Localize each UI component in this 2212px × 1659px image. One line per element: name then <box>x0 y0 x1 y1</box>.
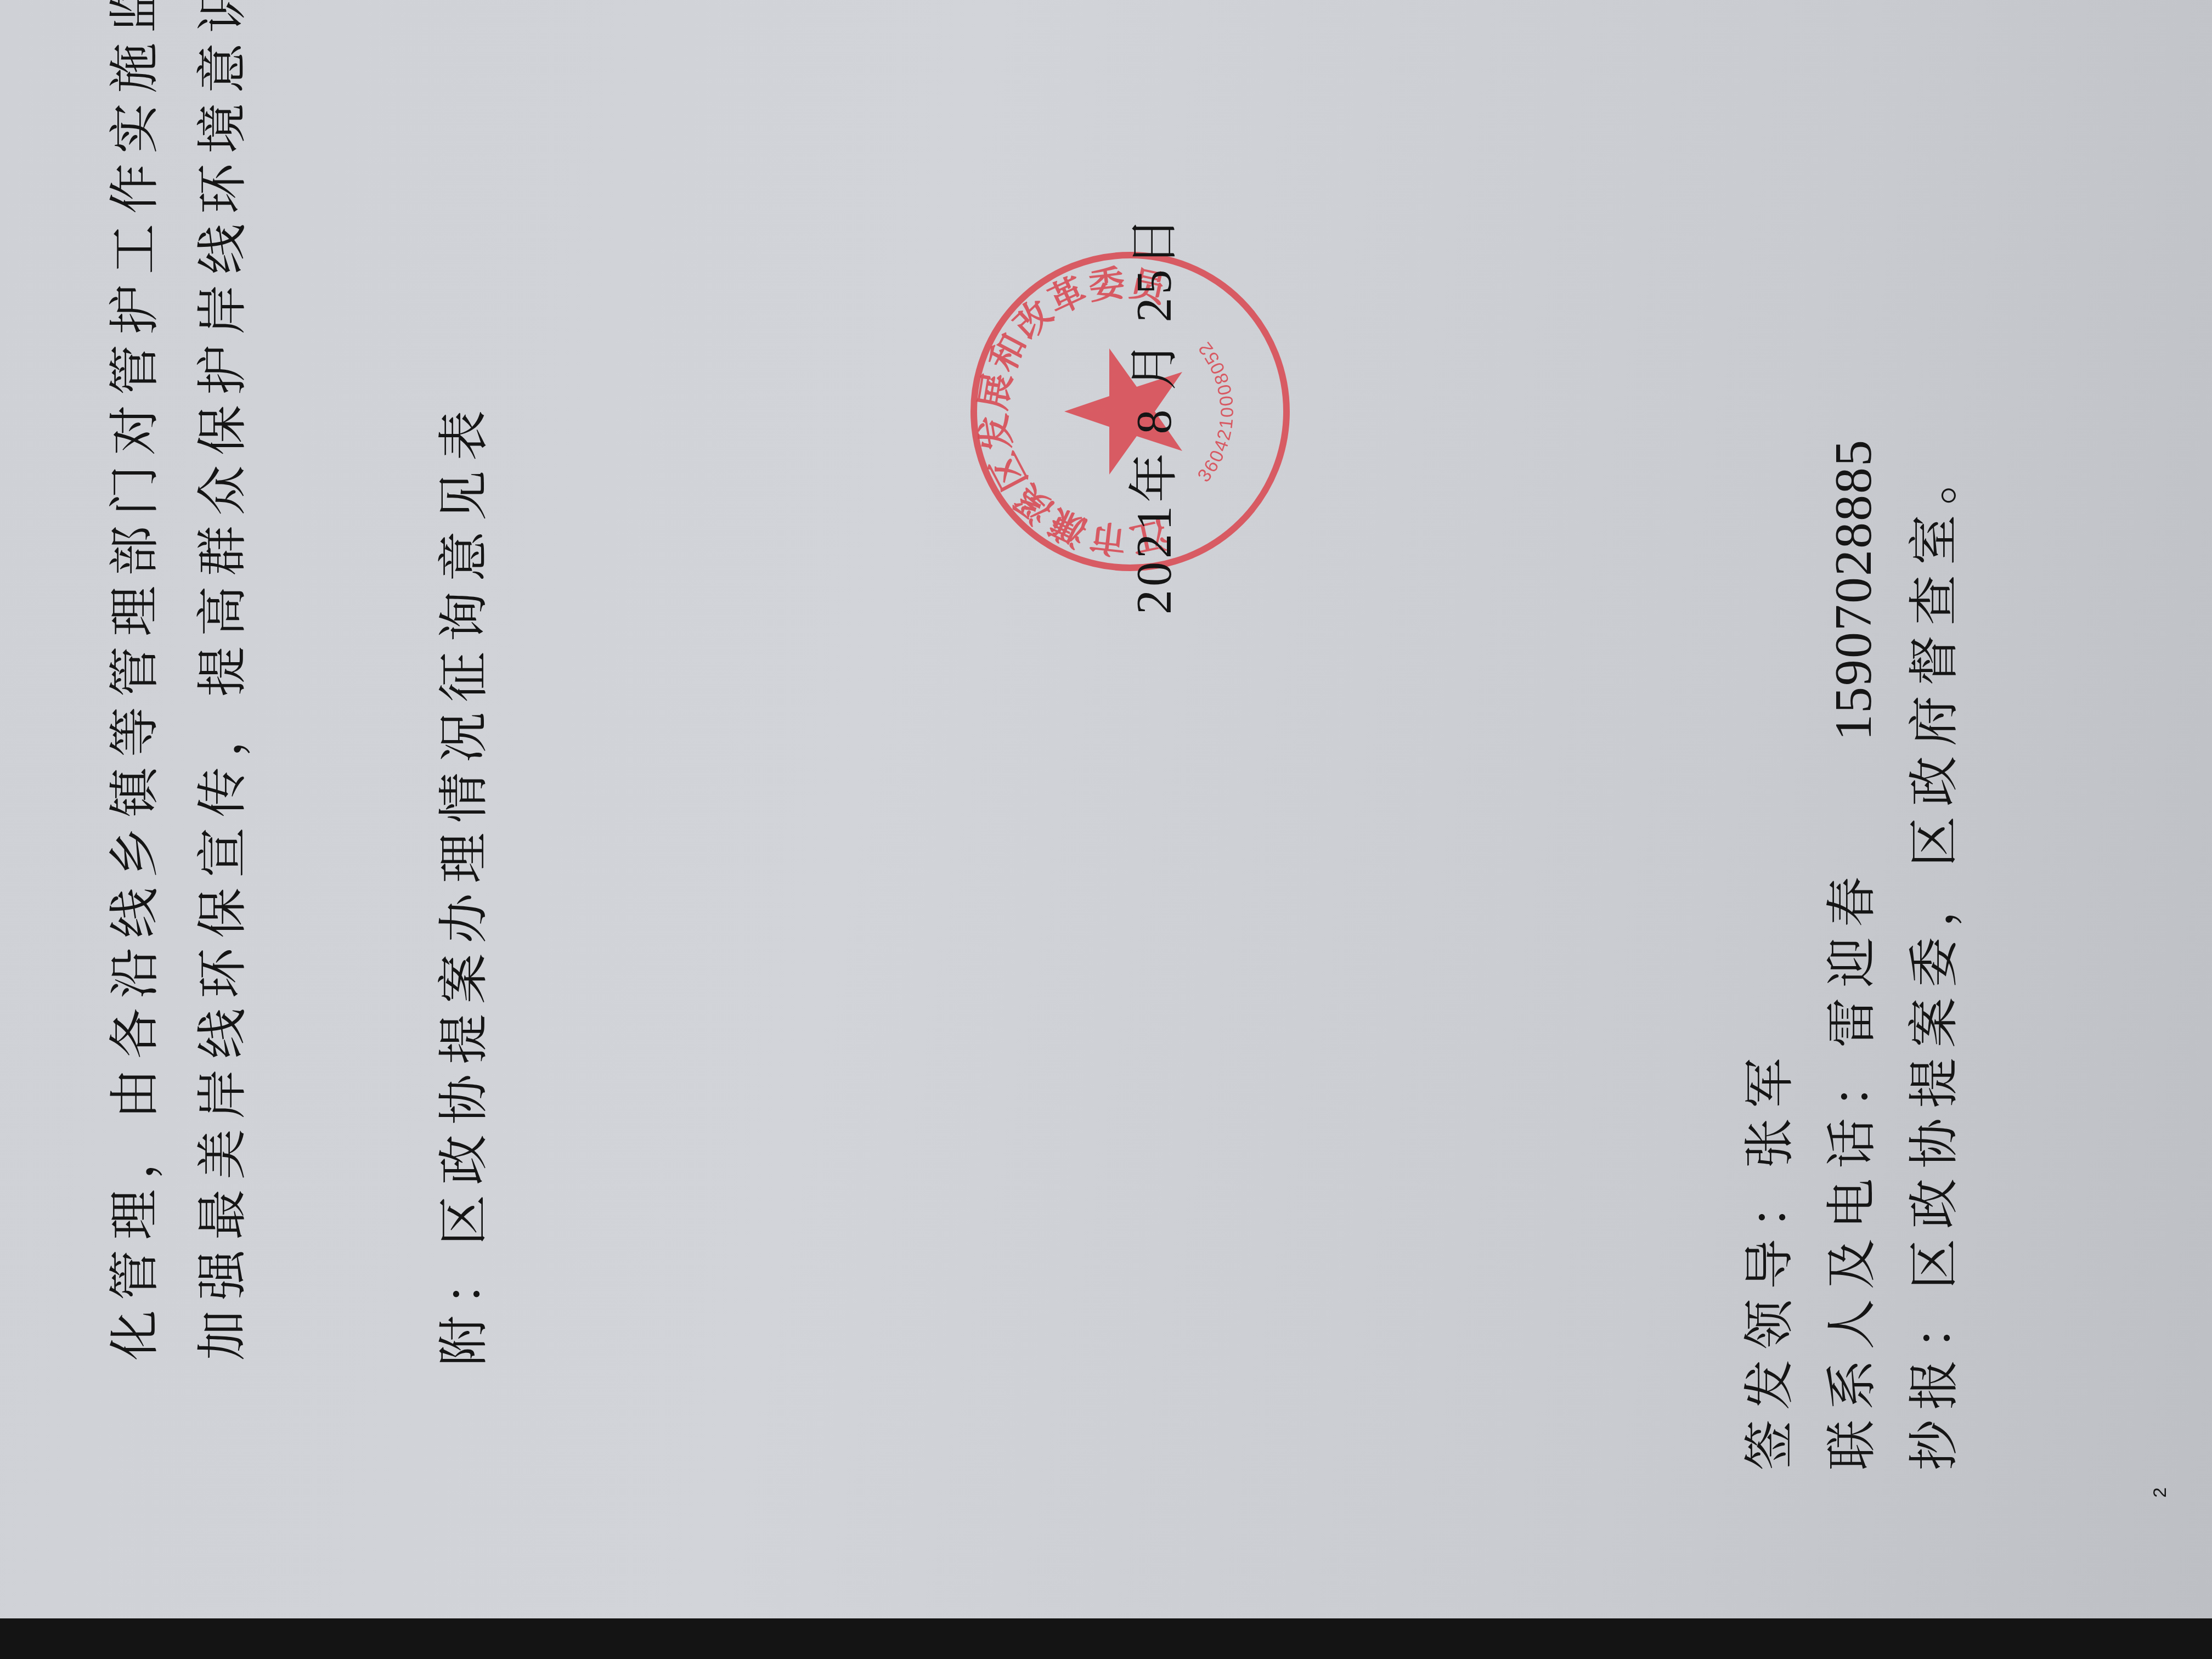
document-page: 化管理，由各沿线乡镇等管理部门对管护工作实施监督。3. 加强最美岸线环保宣传，提… <box>0 0 2212 1618</box>
table-edge <box>0 1618 2212 1659</box>
contact-line: 联系人及电话：雷迎春 <box>1827 867 1877 1470</box>
attachment-note: 附：区政协提案办理情况征询意见表 <box>439 400 489 1366</box>
signatory-line: 签发领导：张军 <box>1745 1048 1795 1470</box>
cc-line: 抄报：区政协提案委，区政府督查室。 <box>1909 444 1960 1470</box>
issue-date: 2021年 8 月 25日 <box>1130 214 1180 615</box>
body-text-line-2: 加强最美岸线环保宣传，提高群众保护岸线环境意识。 <box>198 0 248 1361</box>
svg-text:3604210008052: 3604210008052 <box>1194 337 1238 486</box>
body-text-line-1: 化管理，由各沿线乡镇等管理部门对管护工作实施监督。3. <box>110 0 160 1361</box>
page-number: 2 <box>2151 1487 2169 1498</box>
contact-phone: 15907028885 <box>1827 439 1880 741</box>
